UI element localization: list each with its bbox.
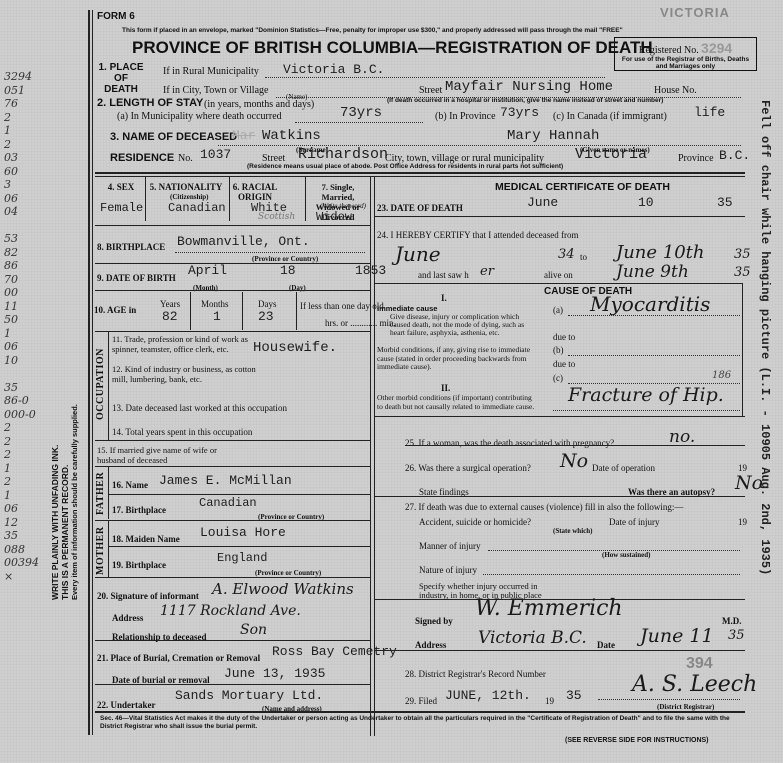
see-reverse: (SEE REVERSE SIDE FOR INSTRUCTIONS) [565, 737, 709, 744]
margin-note: 051 [4, 84, 44, 98]
filed-date: JUNE, 12th. [445, 688, 531, 703]
margin-note: 70 [4, 273, 44, 287]
margin-note: 03 [4, 151, 44, 165]
nature-label: Nature of injury [419, 565, 477, 575]
margin-note: 53 [4, 232, 44, 246]
q11-label: 11. Trade, profession or kind of work as… [112, 334, 267, 354]
state-which: (State which) [553, 527, 592, 535]
registrar-caption: (District Registrar) [657, 703, 714, 711]
deceased-struck: Mar [232, 128, 255, 143]
signed-by-label: Signed by [415, 616, 453, 626]
days-label: Days [258, 299, 277, 309]
stay-province-label: (b) In Province [435, 111, 496, 122]
physician-address-label: Address [415, 640, 446, 650]
place-of-death-label: 1. PLACE OF DEATH [97, 62, 145, 95]
death-certificate: 329405176212036030604 538286700011501061… [0, 0, 783, 763]
margin-note: 76 [4, 97, 44, 111]
stay-canada-label: (c) In Canada (if immigrant) [553, 111, 667, 122]
registered-note: For use of the Registrar of Births, Deat… [615, 56, 756, 70]
dob-day: 18 [280, 263, 296, 278]
racial-origin-label: 6. RACIAL ORIGIN [230, 182, 280, 202]
months-value: 1 [213, 309, 221, 324]
due-to-2: due to [553, 359, 575, 369]
years-label: Years [160, 299, 180, 309]
informant-address: 1117 Rockland Ave. [160, 603, 301, 619]
last-saw-value: er [480, 264, 494, 279]
years-value: 82 [162, 309, 178, 324]
q14-label: 14. Total years spent in this occupation [112, 427, 252, 437]
margin-note: 06 [4, 502, 44, 516]
racial-origin-handwritten: Scottish [258, 212, 295, 222]
margin-note: 82 [4, 246, 44, 260]
margin-note [4, 367, 44, 381]
alive-on-label: alive on [544, 270, 573, 280]
cause-c-note: 186 [712, 370, 731, 381]
warning-line-3: Every item of information should be care… [70, 100, 80, 600]
marital-status-value: Widow [316, 210, 352, 224]
father-birthplace: Canadian [199, 496, 257, 510]
margin-note: 1 [4, 489, 44, 503]
informant-address-label: Address [112, 613, 143, 623]
margin-note: 12 [4, 516, 44, 530]
residence-province: B.C. [719, 148, 750, 163]
dod-month: June [527, 195, 558, 210]
postal-notice: This form if placed in an envelope, mark… [122, 27, 623, 34]
father-name-label: 16. Name [112, 480, 148, 490]
physician-signature: W. Emmerich [475, 596, 623, 621]
q27-label: 27. If death was due to external causes … [405, 502, 683, 512]
age-label: 10. AGE in [94, 305, 136, 315]
burial-place-label: 21. Place of Burial, Cremation or Remova… [97, 653, 260, 663]
informant-label: 20. Signature of informant [97, 591, 199, 601]
father-birthplace-label: 17. Birthplace [112, 505, 166, 515]
certify-label: 24. I HEREBY CERTIFY that I attended dec… [377, 230, 579, 240]
birthplace-caption: (Province or Country) [252, 255, 318, 263]
margin-note: 1 [4, 124, 44, 138]
cert-date-label: Date [597, 640, 615, 650]
margin-note [4, 219, 44, 233]
document-title: PROVINCE OF BRITISH COLUMBIA—REGISTRATIO… [132, 38, 653, 58]
attended-to-year: 35 [734, 247, 751, 262]
immediate-num: I. [441, 293, 447, 303]
dob-label: 9. DATE OF BIRTH [97, 273, 176, 283]
margin-note: 50 [4, 313, 44, 327]
margin-note: 04 [4, 205, 44, 219]
margin-note: 35 [4, 529, 44, 543]
undertaker-label: 22. Undertaker [97, 700, 156, 710]
relationship-value: Son [240, 622, 267, 638]
margin-note: 3 [4, 178, 44, 192]
father-section-label: FATHER [95, 472, 106, 515]
nationality-value: Canadian [168, 201, 226, 215]
mother-name-label: 18. Maiden Name [112, 534, 180, 544]
due-to-1: due to [553, 332, 575, 342]
days-value: 23 [258, 309, 274, 324]
attended-to-label: to [580, 252, 587, 262]
length-of-stay-label: 2. LENGTH OF STAY [97, 97, 203, 109]
margin-note: 1 [4, 327, 44, 341]
q26-label: 26. Was there a surgical operation? [405, 463, 531, 473]
injury-date-label: Date of injury [609, 517, 659, 527]
attended-from: June [395, 242, 441, 266]
length-of-stay-note: (in years, months and days) [204, 99, 314, 110]
record-number: 394 [686, 655, 713, 673]
q15-label: 15. If married give name of wife or husb… [97, 445, 227, 465]
dod-day: 10 [638, 195, 654, 210]
margin-note: 2 [4, 435, 44, 449]
margin-note: 86-0 [4, 394, 44, 408]
burial-place: Ross Bay Cemetry [272, 644, 397, 659]
op-date-label: Date of operation [592, 463, 655, 473]
q12-label: 12. Kind of industry or business, as cot… [112, 364, 267, 384]
margin-note: 00 [4, 286, 44, 300]
q28-label: 28. District Registrar's Record Number [405, 669, 546, 679]
burial-date: June 13, 1935 [224, 666, 325, 681]
margin-note: 00394 [4, 556, 44, 570]
form-number: FORM 6 [97, 11, 135, 22]
immediate-desc: Give disease, injury or complication whi… [390, 313, 538, 337]
margin-note: 2 [4, 448, 44, 462]
residence-street: Richardson [298, 146, 388, 163]
mother-birthplace: England [217, 551, 267, 565]
margin-note: 2 [4, 111, 44, 125]
cause-c-label: (c) [553, 373, 563, 383]
cert-date: June 11 [640, 625, 714, 647]
stay-municipality-value: 73yrs [340, 105, 382, 121]
victoria-stamp: VICTORIA [660, 5, 730, 20]
registered-box: Registered No. 3294 For use of the Regis… [614, 37, 757, 71]
other-num: II. [441, 383, 450, 393]
medical-title: MEDICAL CERTIFICATE OF DEATH [495, 181, 670, 193]
sex-value: Female [100, 201, 143, 215]
dob-month: April [188, 263, 227, 278]
warning-line-1: WRITE PLAINLY WITH UNFADING INK. [50, 100, 60, 600]
cause-a-label: (a) [553, 305, 563, 315]
mother-birthplace-caption: (Province or Country) [255, 569, 321, 577]
nationality-label: 5. NATIONALITY [146, 182, 226, 192]
manner-label: Manner of injury [419, 541, 480, 551]
other-label: Other morbid conditions (if important) c… [377, 394, 539, 411]
hospital-note: (If death occurred in a hospital or inst… [387, 97, 663, 104]
residence-city: Victoria [575, 146, 647, 163]
birthplace-value: Bowmanville, Ont. [177, 234, 310, 249]
filed-year: 35 [566, 688, 582, 703]
stay-canada-value: life [694, 105, 725, 120]
injury-date-year: 19 [738, 517, 747, 527]
md-label: M.D. [722, 616, 742, 626]
cause-b-label: (b) [553, 345, 564, 355]
attended-from-year: 34 [558, 247, 575, 262]
margin-note: 1 [4, 462, 44, 476]
rural-label: If in Rural Municipality [163, 66, 259, 77]
margin-notes: 329405176212036030604 538286700011501061… [4, 70, 44, 583]
marital-sub: (Write the word) [320, 202, 366, 210]
margin-note: × [4, 570, 44, 584]
margin-note: 86 [4, 259, 44, 273]
margin-note: 35 [4, 381, 44, 395]
city-label: If in City, Town or Village [163, 85, 268, 96]
sex-label: 4. SEX [100, 182, 142, 192]
margin-note: 000-0 [4, 408, 44, 422]
residence-label: RESIDENCE [110, 152, 174, 164]
birthplace-label: 8. BIRTHPLACE [97, 242, 165, 252]
statute-note: Sec. 46—Vital Statistics Act makes it th… [100, 715, 745, 731]
stay-province-value: 73yrs [500, 105, 539, 120]
cause-a-value: Myocarditis [590, 292, 710, 316]
dod-year: 35 [717, 195, 733, 210]
mother-section-label: MOTHER [95, 526, 106, 575]
margin-note: 088 [4, 543, 44, 557]
frame-left-inner [92, 10, 93, 735]
side-warning: WRITE PLAINLY WITH UNFADING INK. THIS IS… [50, 100, 80, 600]
how-sustained: (How sustained) [602, 551, 650, 559]
alive-on-value: June 9th [616, 262, 689, 282]
morbid-label: Morbid conditions, if any, giving rise t… [377, 346, 539, 372]
mother-birthplace-label: 19. Birthplace [112, 560, 166, 570]
margin-note: 06 [4, 192, 44, 206]
residence-note: (Residence means usual place of abode. P… [247, 163, 563, 170]
street-label: Street [419, 85, 442, 96]
physician-address: Victoria B.C. [478, 628, 587, 648]
rural-value: Victoria B.C. [283, 62, 384, 77]
residence-no-label: No. [178, 153, 193, 164]
registered-label: Registered No. [639, 45, 699, 56]
less-than-day-label: If less than one day old [300, 301, 384, 311]
deceased-surname: Watkins [262, 128, 321, 144]
margin-note: 2 [4, 421, 44, 435]
margin-note: 60 [4, 165, 44, 179]
residence-province-label: Province [678, 153, 714, 164]
occupation-section-label: OCCUPATION [95, 348, 106, 420]
margin-note: 06 [4, 340, 44, 354]
right-margin-note: Fell off chair while hanging picture (L.… [758, 100, 772, 700]
residence-no: 1037 [200, 147, 231, 162]
filed-year-prefix: 19 [545, 696, 554, 706]
informant-signature: A. Elwood Watkins [212, 580, 354, 598]
undertaker-value: Sands Mortuary Ltd. [175, 688, 323, 703]
margin-note: 3294 [4, 70, 44, 84]
registered-number: 3294 [701, 40, 732, 56]
last-saw-label: and last saw h [418, 270, 469, 280]
occupation-value: Housewife. [253, 340, 337, 356]
cert-date-year: 35 [728, 628, 745, 643]
mother-name: Louisa Hore [200, 525, 286, 540]
street-value: Mayfair Nursing Home [445, 79, 613, 95]
months-label: Months [201, 299, 229, 309]
margin-note: 2 [4, 138, 44, 152]
margin-note: 10 [4, 354, 44, 368]
alive-on-year: 35 [734, 265, 751, 280]
frame-left [88, 10, 90, 735]
dod-label: 23. DATE OF DEATH [377, 203, 463, 213]
autopsy-value: No [735, 472, 763, 494]
house-label: House No. [654, 85, 697, 96]
q26-value: No [560, 450, 588, 472]
q25-label: 25. If a woman, was the death associated… [405, 438, 614, 448]
nationality-sub: (Citizenship) [170, 193, 209, 201]
deceased-given-names: Mary Hannah [507, 128, 599, 144]
stay-municipality-label: (a) In Municipality where death occurred [117, 111, 282, 122]
warning-line-2: THIS IS A PERMANENT RECORD. [60, 100, 70, 600]
attended-to: June 10th [616, 242, 705, 263]
margin-note: 2 [4, 475, 44, 489]
q25-value: no. [669, 427, 695, 447]
margin-note: 11 [4, 300, 44, 314]
filed-label: 29. Filed [405, 696, 437, 706]
father-name: James E. McMillan [159, 473, 292, 488]
q13-label: 13. Date deceased last worked at this oc… [112, 403, 287, 413]
dob-year: 1853 [355, 263, 386, 278]
accident-label: Accident, suicide or homicide? [419, 517, 531, 527]
